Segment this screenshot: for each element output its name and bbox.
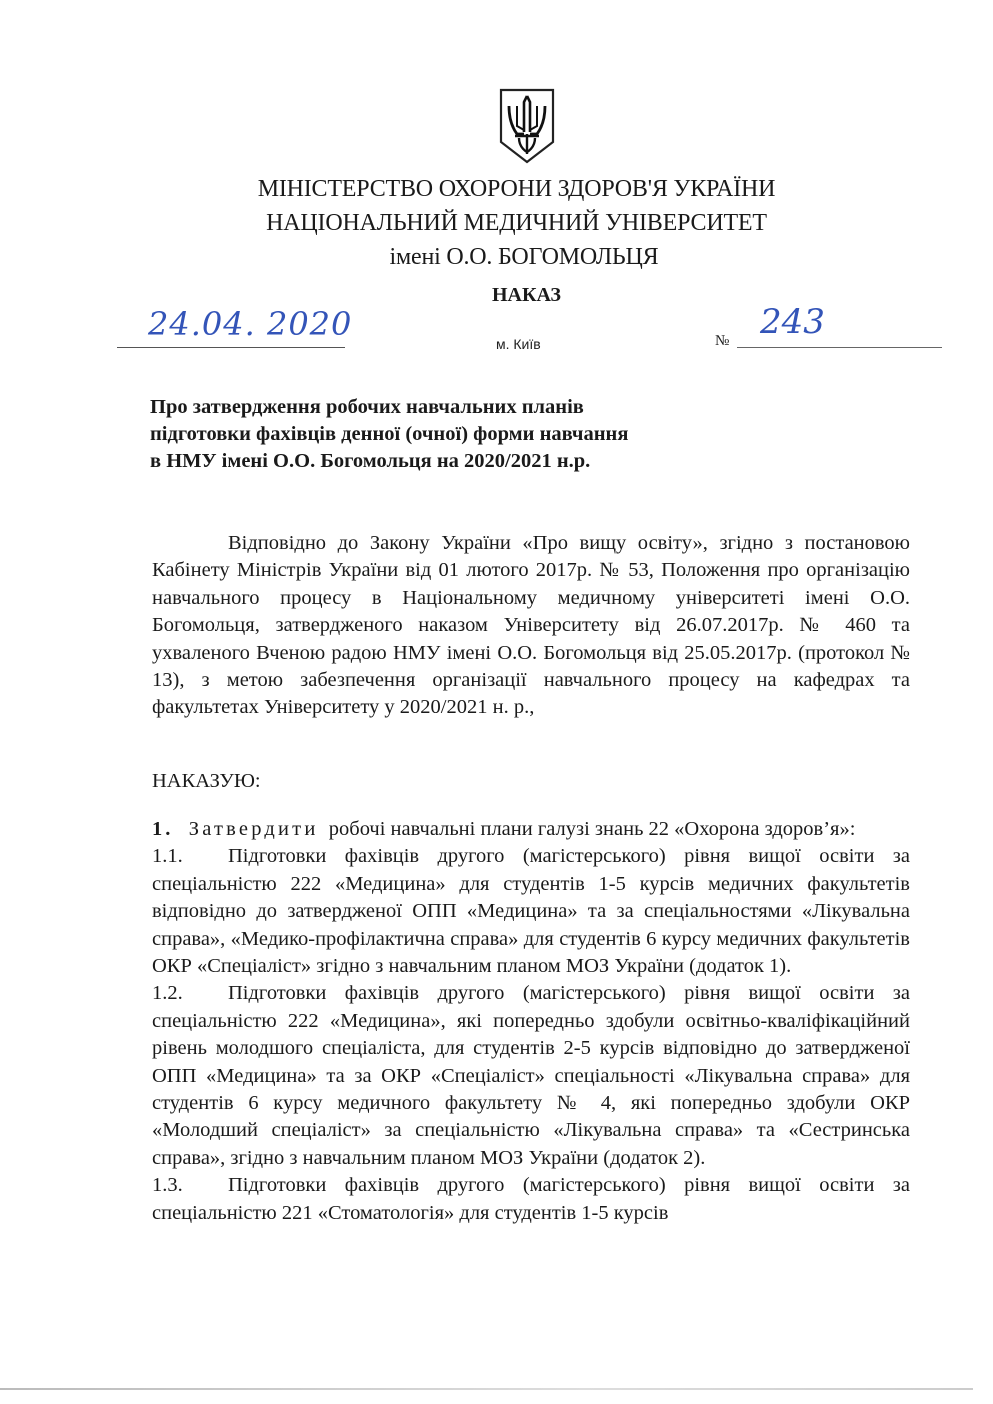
handwritten-order-number: 243	[760, 302, 825, 342]
scan-edge	[0, 1388, 973, 1390]
subitem-number: 1.1.	[152, 843, 228, 870]
ministry-name: МІНІСТЕРСТВО ОХОРОНИ ЗДОРОВ'Я УКРАЇНИ	[0, 172, 993, 206]
subitem-text: Підготовки фахівців другого (магістерськ…	[152, 845, 910, 977]
coat-of-arms-icon	[497, 86, 557, 166]
subitem-text: Підготовки фахівців другого (магістерськ…	[152, 1174, 910, 1223]
university-name: НАЦІОНАЛЬНИЙ МЕДИЧНИЙ УНІВЕРСИТЕТ	[0, 206, 993, 240]
subject-line: Про затвердження робочих навчальних план…	[150, 394, 628, 421]
order-subitem-1-1: 1.1.Підготовки фахівців другого (магісте…	[152, 843, 910, 980]
order-items: 1. Затвердити робочі навчальні плани гал…	[152, 816, 910, 1227]
preamble-paragraph: Відповідно до Закону України «Про вищу о…	[152, 530, 910, 722]
university-namesake: імені О.О. БОГОМОЛЬЦЯ	[0, 240, 993, 274]
item-number: 1.	[152, 818, 173, 840]
order-item-1: 1. Затвердити робочі навчальні плани гал…	[152, 816, 910, 843]
order-subitem-1-3: 1.3.Підготовки фахівців другого (магісте…	[152, 1172, 910, 1227]
date-underline	[117, 347, 345, 348]
subitem-number: 1.3.	[152, 1172, 228, 1199]
subject-line: підготовки фахівців денної (очної) форми…	[150, 421, 628, 448]
subitem-number: 1.2.	[152, 980, 228, 1007]
order-title: НАКАЗ	[0, 284, 993, 307]
order-directive-heading: НАКАЗУЮ:	[152, 770, 261, 793]
item-verb: Затвердити	[189, 818, 319, 840]
number-label: №	[715, 333, 729, 350]
order-subitem-1-2: 1.2.Підготовки фахівців другого (магісте…	[152, 980, 910, 1172]
order-subject: Про затвердження робочих навчальних план…	[150, 394, 628, 475]
city-label: м. Київ	[496, 336, 541, 352]
handwritten-date: 24.04. 2020	[148, 305, 352, 343]
document-header: МІНІСТЕРСТВО ОХОРОНИ ЗДОРОВ'Я УКРАЇНИ НА…	[0, 172, 993, 274]
item-text: робочі навчальні плани галузі знань 22 «…	[329, 818, 856, 840]
document-page: МІНІСТЕРСТВО ОХОРОНИ ЗДОРОВ'Я УКРАЇНИ НА…	[0, 0, 993, 1404]
subject-line: в НМУ імені О.О. Богомольця на 2020/2021…	[150, 448, 628, 475]
subitem-text: Підготовки фахівців другого (магістерськ…	[152, 982, 910, 1168]
number-underline	[737, 347, 942, 348]
